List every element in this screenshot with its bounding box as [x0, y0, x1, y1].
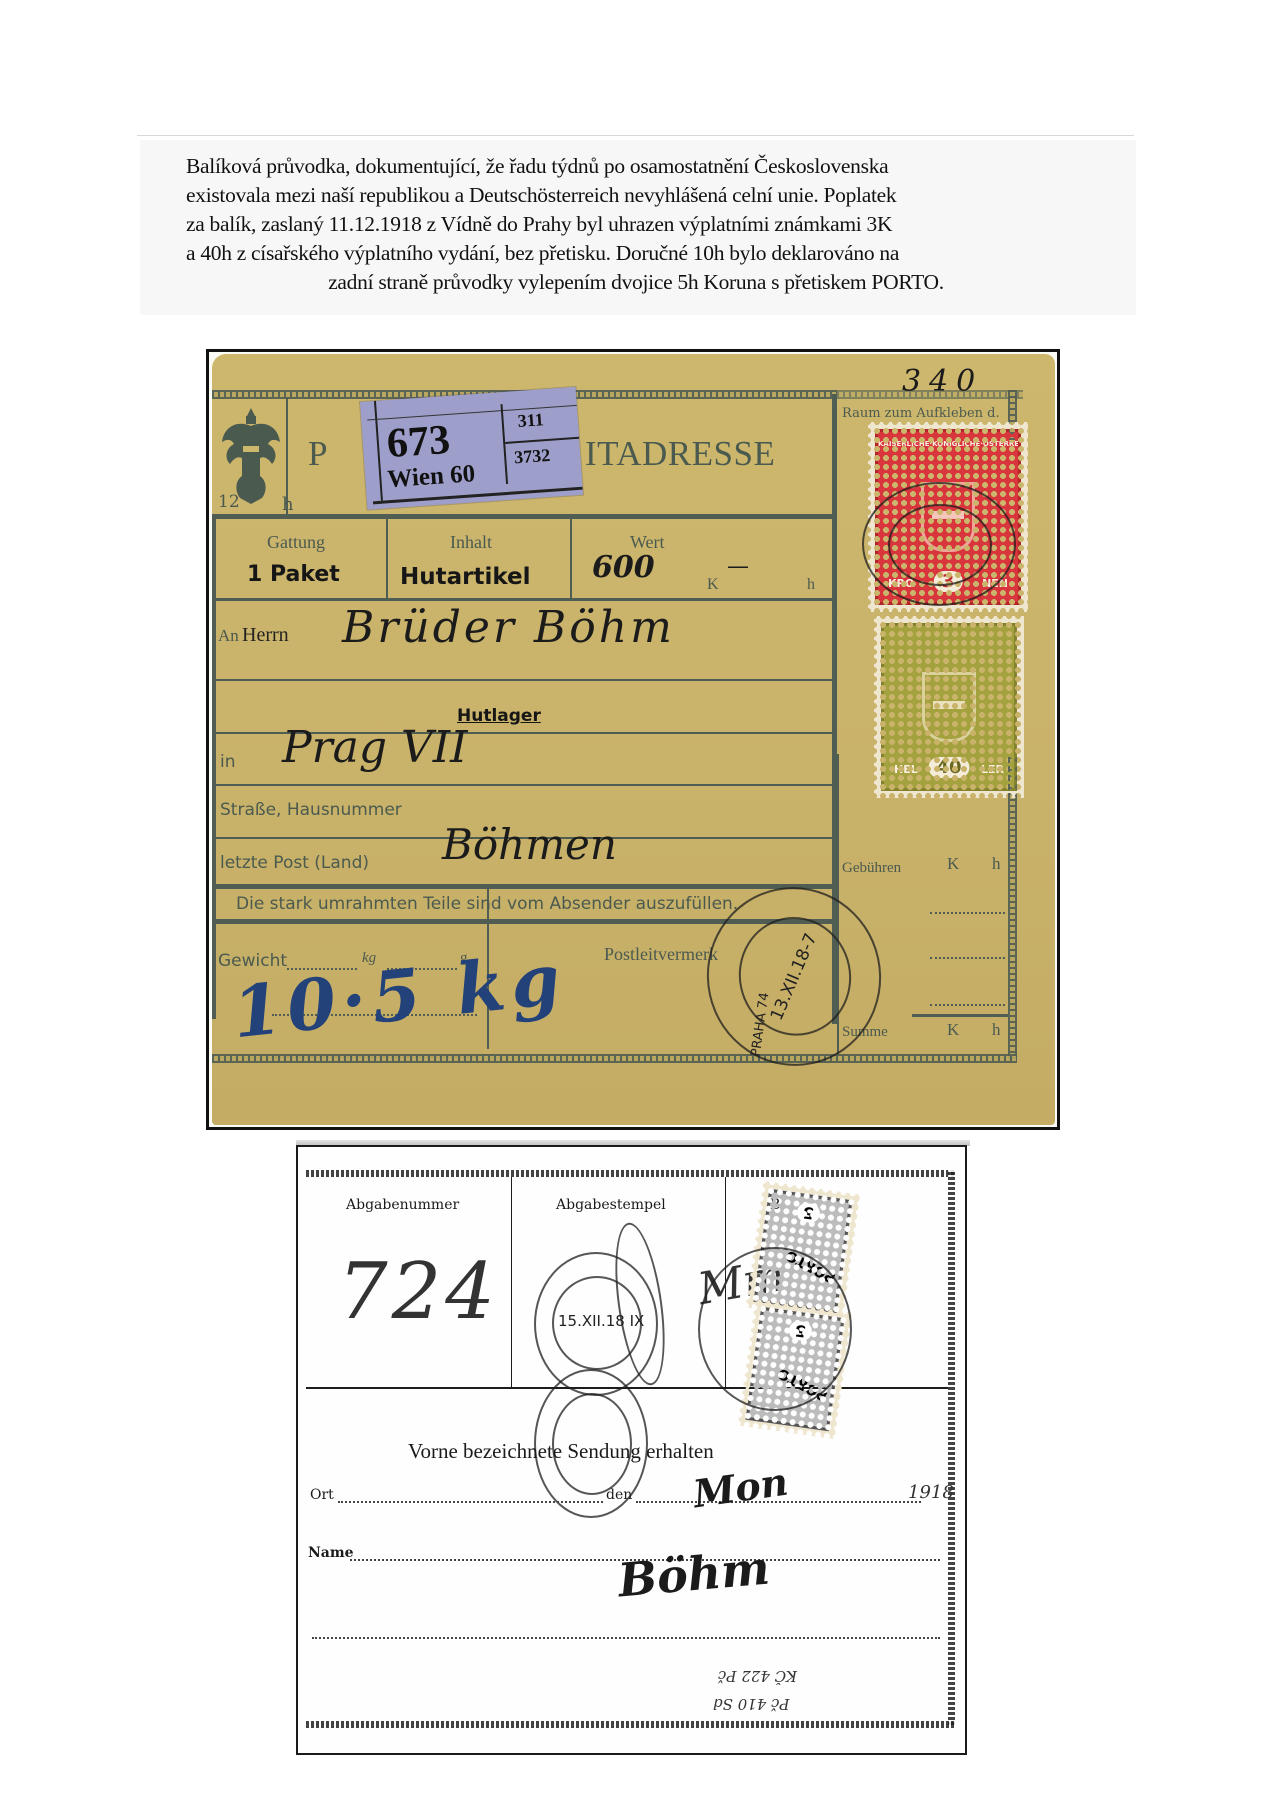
- stamp-value: 5: [796, 1202, 822, 1224]
- date-value: Mon: [690, 1459, 790, 1517]
- label-code-top: 311: [517, 409, 544, 432]
- delivery-number: 724: [338, 1247, 499, 1337]
- dotted-rule: [312, 1637, 940, 1639]
- fees-unit-h: h: [992, 854, 1001, 874]
- an-label: An: [218, 626, 239, 646]
- porto-cancellation: [698, 1247, 852, 1411]
- dotted-rule: [930, 912, 1005, 914]
- wert-value: 600: [592, 550, 655, 585]
- postmark-inner-ring: [888, 504, 992, 586]
- stamp-value: 40: [928, 757, 969, 778]
- imprint-value: 12: [218, 492, 240, 512]
- inhalt-label: Inhalt: [450, 532, 492, 553]
- cancellation-postmark: [862, 482, 1016, 606]
- ornamental-border: [306, 1721, 956, 1728]
- name-label: Name: [308, 1545, 354, 1561]
- pencil-note: Pč 410 Sd: [713, 1695, 790, 1713]
- column-divider: [511, 1177, 512, 1387]
- year-value: 1918: [908, 1482, 954, 1503]
- addressee-value: Brüder Böhm: [342, 602, 675, 653]
- card-title: ITADRESSE: [585, 434, 775, 474]
- label-rule: [505, 437, 579, 444]
- column-divider: [570, 519, 572, 599]
- wert-unit-h: h: [807, 576, 815, 594]
- parcel-number-label: 673 Wien 60 311 3732: [360, 387, 583, 510]
- origin-office: Wien 60: [387, 460, 476, 494]
- sum-unit-h: h: [992, 1020, 1001, 1040]
- row-divider: [212, 784, 837, 786]
- herrn-label: Herrn: [242, 624, 289, 647]
- abgabenummer-label: Abgabenummer: [346, 1197, 459, 1213]
- caption-line: zadní straně průvodky vylepením dvojice …: [186, 268, 1096, 297]
- sum-unit-k: K: [947, 1020, 959, 1040]
- last-post-label: letzte Post (Land): [220, 853, 369, 873]
- gattung-value: 1 Paket: [247, 562, 340, 587]
- parcel-card-front: 12 h P ITADRESSE 673 Wien 60 311 3732 34…: [212, 354, 1055, 1125]
- sum-rule: [912, 1014, 1008, 1017]
- shield-icon: [922, 672, 976, 742]
- received-text: Vorne bezeichnete Sendung erhalten: [408, 1439, 714, 1464]
- in-label: in: [220, 752, 236, 772]
- stamp-design: HEL 40 LER: [881, 623, 1017, 791]
- label-rule: [500, 404, 508, 484]
- fees-unit-k: K: [947, 854, 959, 874]
- row-divider: [212, 598, 837, 601]
- den-label: den: [606, 1487, 632, 1503]
- parcel-number: 673: [385, 416, 451, 468]
- gattung-label: Gattung: [267, 532, 325, 553]
- stamp-right-text: LER: [981, 763, 1004, 776]
- wert-h-value: —: [727, 554, 749, 579]
- routing-label: Postleitvermerk: [604, 944, 718, 965]
- stamp-left-text: HEL: [894, 763, 918, 776]
- ort-label: Ort: [310, 1487, 334, 1503]
- ornamental-border: [948, 1170, 955, 1725]
- column-divider: [386, 519, 388, 599]
- stamp-inscription: KAISERLICHE·KÖNIGLICHE·ÖSTERREICHISCHE·P…: [878, 440, 1018, 448]
- title-prefix: P: [308, 434, 327, 474]
- pencil-note: KČ 422 Pč: [718, 1667, 797, 1685]
- addressee-note: Hutlager: [457, 706, 541, 726]
- last-post-value: Böhmen: [442, 820, 617, 869]
- handwritten-number: 340: [902, 364, 983, 399]
- caption-line: existovala mezi naší republikou a Deutsc…: [186, 183, 896, 207]
- caption-line: za balík, zaslaný 11.12.1918 z Vídně do …: [186, 212, 892, 236]
- caption-box: Balíková průvodka, dokumentující, že řad…: [140, 140, 1136, 315]
- caption-line: Balíková průvodka, dokumentující, že řad…: [186, 154, 888, 178]
- caption-text: Balíková průvodka, dokumentující, že řad…: [140, 140, 1136, 297]
- coat-of-arms-icon: [220, 406, 282, 506]
- wert-unit-k: K: [707, 576, 719, 594]
- city-value: Prag VII: [282, 722, 468, 773]
- fees-label: Gebühren: [842, 860, 901, 877]
- inhalt-value: Hutartikel: [400, 564, 531, 590]
- row-divider: [212, 679, 837, 681]
- label-rule: [367, 405, 577, 421]
- dotted-rule: [930, 957, 1005, 959]
- caption-divider: [137, 135, 1134, 136]
- label-code-bottom: 3732: [514, 445, 551, 468]
- label-rule: [374, 401, 383, 501]
- imprint-unit: h: [282, 494, 294, 515]
- form-border: [212, 519, 216, 1019]
- form-border: [212, 884, 837, 889]
- stamp-area-label: Raum zum Aufkleben d.: [842, 406, 1000, 421]
- caption-line: a 40h z císařského výplatního vydání, be…: [186, 241, 899, 265]
- form-border: [212, 514, 837, 519]
- signature: Böhm: [616, 1540, 772, 1607]
- dotted-rule: [338, 1501, 603, 1503]
- instructions-text: Die stark umrahmten Teile sind vom Absen…: [236, 894, 738, 914]
- dotted-rule: [930, 1004, 1005, 1006]
- ornamental-border: [1008, 754, 1017, 1059]
- abgabestempel-label: Abgabestempel: [556, 1197, 666, 1213]
- stamp-40-heller: HEL 40 LER: [874, 616, 1024, 798]
- ornamental-border: [306, 1170, 956, 1177]
- street-label: Straße, Hausnummer: [220, 800, 402, 820]
- ornamental-border: [212, 1054, 1017, 1063]
- parcel-card-back: Abgabenummer Abgabestempel B 724 Mm 15.X…: [296, 1145, 967, 1755]
